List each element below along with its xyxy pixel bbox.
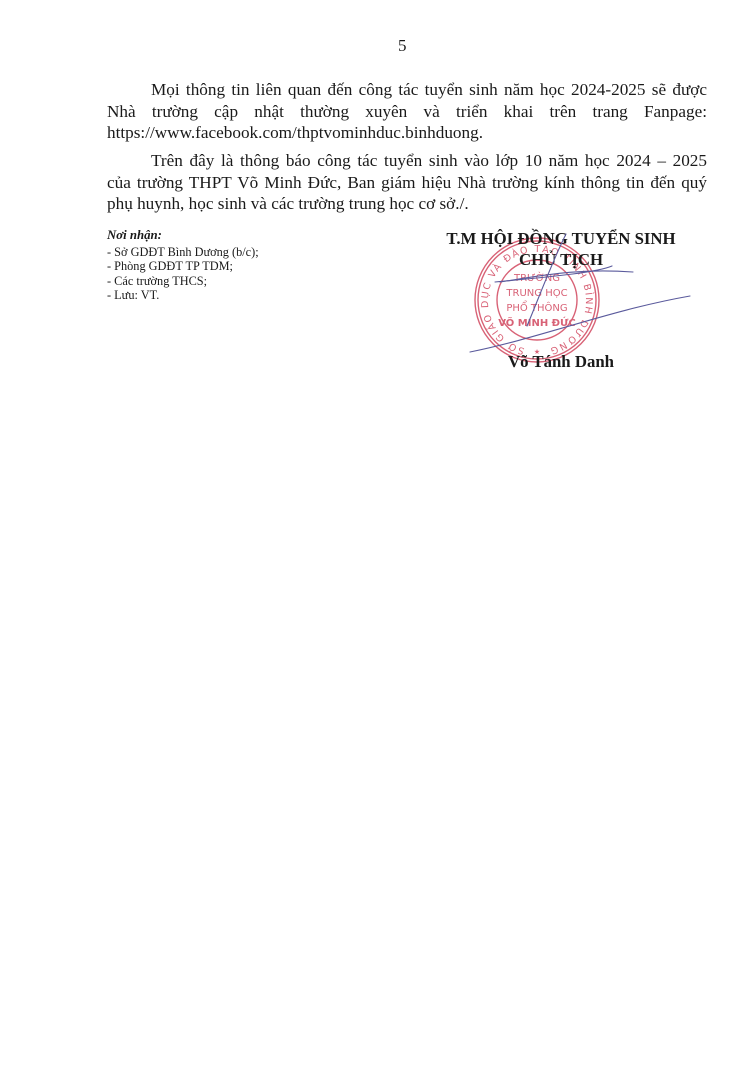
stamp-center-line: VÕ MINH ĐỨC <box>498 316 576 329</box>
recipients-title: Nơi nhận: <box>107 228 259 243</box>
recipient-item: - Lưu: VT. <box>107 288 259 303</box>
stamp-center-line: PHỔ THÔNG <box>506 299 567 314</box>
paragraph-line: Mọi thông tin liên quan đến công tác tuy… <box>107 79 707 101</box>
recipient-item: - Phòng GDĐT TP TDM; <box>107 259 259 274</box>
paragraph-closing-notice: Trên đây là thông báo công tác tuyển sin… <box>107 150 707 215</box>
paragraph-line: Trên đây là thông báo công tác tuyển sin… <box>107 150 707 172</box>
stamp-center-line: TRƯỜNG <box>513 271 560 284</box>
signer-name: Võ Tánh Danh <box>420 352 702 372</box>
recipients-list: Nơi nhận: - Sở GDĐT Bình Dương (b/c); - … <box>107 228 259 303</box>
recipient-item: - Sở GDĐT Bình Dương (b/c); <box>107 245 259 260</box>
page-number: 5 <box>398 36 407 56</box>
fanpage-url: https://www.facebook.com/thptvominhduc.b… <box>107 122 707 144</box>
paragraph-line: của trường THPT Võ Minh Đức, Ban giám hi… <box>107 172 707 194</box>
paragraph-fanpage-info: Mọi thông tin liên quan đến công tác tuy… <box>107 79 707 144</box>
signature-role: CHỦ TỊCH <box>420 249 702 270</box>
signature-block: T.M HỘI ĐỒNG TUYỂN SINH CHỦ TỊCH <box>420 228 702 270</box>
recipient-item: - Các trường THCS; <box>107 274 259 289</box>
paragraph-line: phụ huynh, học sinh và các trường trung … <box>107 193 707 215</box>
stamp-center-line: TRUNG HỌC <box>505 288 567 299</box>
signature-on-behalf: T.M HỘI ĐỒNG TUYỂN SINH <box>420 228 702 249</box>
paragraph-line: Nhà trường cập nhật thường xuyên và triể… <box>107 101 707 123</box>
